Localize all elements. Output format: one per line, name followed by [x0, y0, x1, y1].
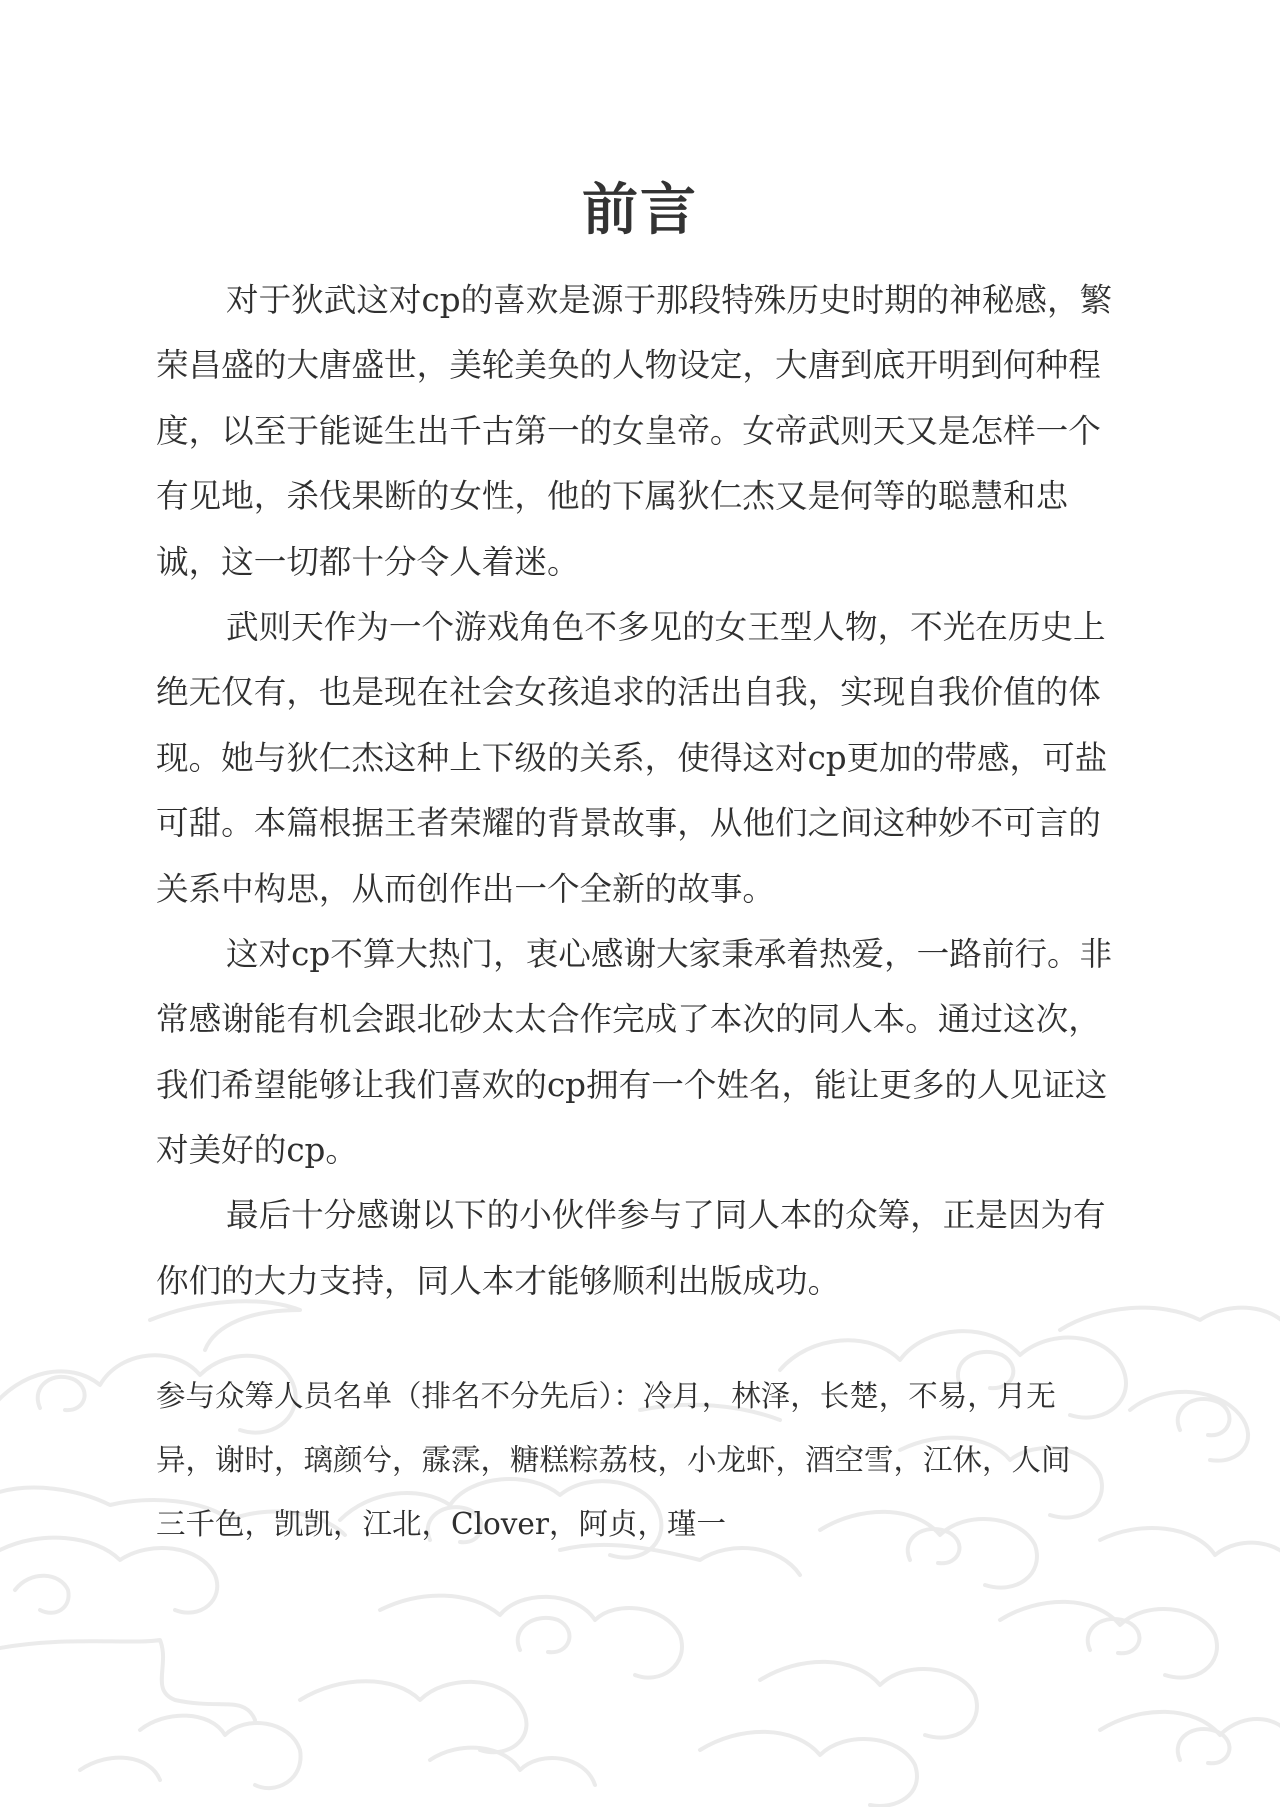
paragraph-line: 对于狄武这对cp的喜欢是源于那段特殊历史时期的神秘感，繁: [156, 268, 1146, 333]
paragraph-line: 诚，这一切都十分令人着迷。: [156, 530, 1146, 595]
paragraph-line: 度，以至于能诞生出千古第一的女皇帝。女帝武则天又是怎样一个: [156, 399, 1146, 464]
paragraph-4: 最后十分感谢以下的小伙伴参与了同人本的众筹，正是因为有 你们的大力支持，同人本才…: [156, 1183, 1146, 1314]
backers-line: 异，谢时，璃颜兮，霡霂，糖糕粽荔枝，小龙虾，酒空雪，江休，人间: [156, 1428, 1146, 1492]
paragraph-line: 有见地，杀伐果断的女性，他的下属狄仁杰又是何等的聪慧和忠: [156, 464, 1146, 529]
preface-body: 对于狄武这对cp的喜欢是源于那段特殊历史时期的神秘感，繁 荣昌盛的大唐盛世，美轮…: [156, 268, 1146, 1314]
paragraph-line: 你们的大力支持，同人本才能够顺利出版成功。: [156, 1249, 1146, 1314]
paragraph-line: 对美好的cp。: [156, 1118, 1146, 1183]
paragraph-line: 武则天作为一个游戏角色不多见的女王型人物，不光在历史上: [156, 595, 1146, 660]
paragraph-line: 荣昌盛的大唐盛世，美轮美奂的人物设定，大唐到底开明到何种程: [156, 333, 1146, 398]
paragraph-1: 对于狄武这对cp的喜欢是源于那段特殊历史时期的神秘感，繁 荣昌盛的大唐盛世，美轮…: [156, 268, 1146, 595]
paragraph-2: 武则天作为一个游戏角色不多见的女王型人物，不光在历史上 绝无仅有，也是现在社会女…: [156, 595, 1146, 922]
backers-line: 参与众筹人员名单（排名不分先后）：冷月，林泽，长楚，不易，月无: [156, 1364, 1146, 1428]
paragraph-line: 我们希望能够让我们喜欢的cp拥有一个姓名，能让更多的人见证这: [156, 1053, 1146, 1118]
paragraph-line: 最后十分感谢以下的小伙伴参与了同人本的众筹，正是因为有: [156, 1183, 1146, 1248]
paragraph-3: 这对cp不算大热门，衷心感谢大家秉承着热爱，一路前行。非 常感谢能有机会跟北砂太…: [156, 922, 1146, 1184]
page-title: 前言: [0, 170, 1280, 250]
paragraph-line: 可甜。本篇根据王者荣耀的背景故事，从他们之间这种妙不可言的: [156, 791, 1146, 856]
paragraph-line: 常感谢能有机会跟北砂太太合作完成了本次的同人本。通过这次，: [156, 987, 1146, 1052]
backers-line: 三千色，凯凯，江北，Clover，阿贞，瑾一: [156, 1492, 1146, 1556]
backers-list: 参与众筹人员名单（排名不分先后）：冷月，林泽，长楚，不易，月无 异，谢时，璃颜兮…: [156, 1364, 1146, 1556]
paragraph-line: 这对cp不算大热门，衷心感谢大家秉承着热爱，一路前行。非: [156, 922, 1146, 987]
paragraph-line: 关系中构思，从而创作出一个全新的故事。: [156, 857, 1146, 922]
paragraph-line: 现。她与狄仁杰这种上下级的关系，使得这对cp更加的带感，可盐: [156, 726, 1146, 791]
paragraph-line: 绝无仅有，也是现在社会女孩追求的活出自我，实现自我价值的体: [156, 660, 1146, 725]
